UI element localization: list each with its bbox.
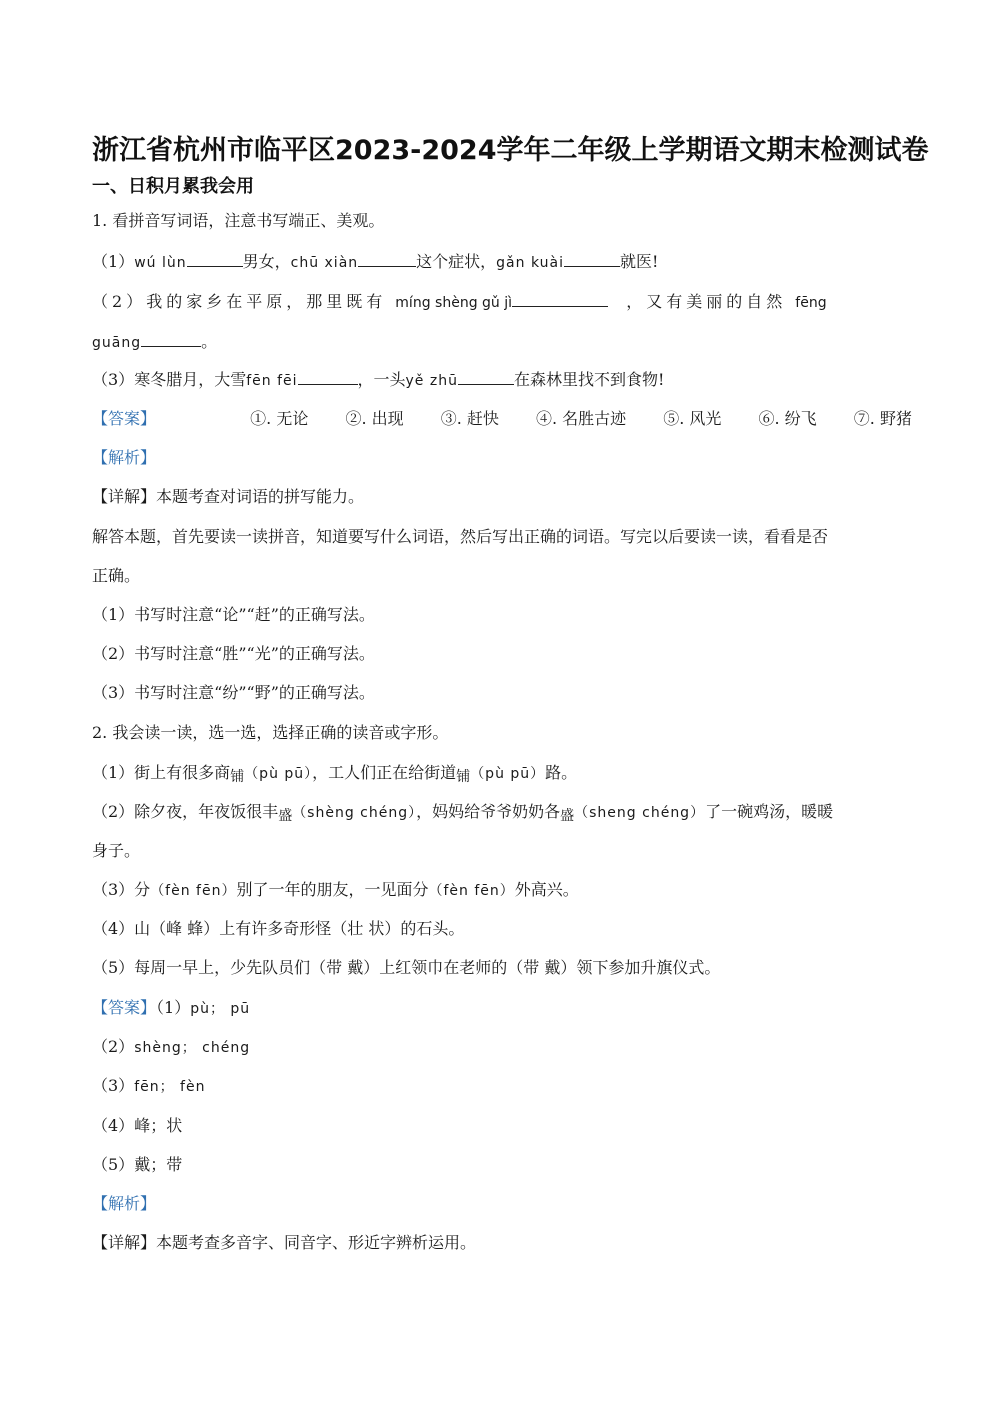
q2-answer: （3）fēn； fèn bbox=[92, 1075, 205, 1098]
answer-item: ⑥. 纷飞 bbox=[759, 408, 817, 430]
q1-explain-cont: 正确。 bbox=[92, 565, 140, 587]
q1-note: （1）书写时注意“论”“赶”的正确写法。 bbox=[92, 604, 375, 626]
answer-blank[interactable] bbox=[512, 290, 608, 307]
q2-answer: （4）峰；状 bbox=[92, 1115, 182, 1137]
answer-blank[interactable] bbox=[564, 250, 620, 267]
pinyin-choice[interactable]: （sheng chéng） bbox=[574, 805, 705, 821]
q1-part2: （2）我的家乡在平原，那里既有 míng shèng gǔ jì ，又有美丽的自… bbox=[92, 290, 827, 314]
answer-tag: 【答案】 bbox=[92, 408, 156, 430]
answer-blank[interactable] bbox=[141, 330, 201, 347]
answer-item: ⑤. 风光 bbox=[663, 408, 721, 430]
q2-part3: （3）分（fèn fēn）别了一年的朋友，一见面分（fèn fēn）外高兴。 bbox=[92, 879, 579, 902]
answer-item: ①. 无论 bbox=[250, 408, 308, 430]
answer-blank[interactable] bbox=[458, 368, 514, 385]
pinyin-choice[interactable]: （shèng chéng） bbox=[292, 805, 416, 821]
answer-item: ③. 赶快 bbox=[441, 408, 499, 430]
pinyin-choice[interactable]: （pù pū） bbox=[244, 766, 312, 782]
q2-part1: （1）街上有很多商铺（pù pū），工人们正在给街道铺（pù pū）路。 bbox=[92, 762, 577, 785]
page-title: 浙江省杭州市临平区2023-2024学年二年级上学期语文期末检测试卷 bbox=[92, 128, 929, 167]
q2-part4: （4）山（峰 蜂）上有许多奇形怪（壮 状）的石头。 bbox=[92, 918, 464, 940]
q2-detail: 【详解】本题考查多音字、同音字、形近字辨析运用。 bbox=[92, 1232, 476, 1254]
section-heading: 一、日积月累我会用 bbox=[92, 172, 254, 198]
q2-part5: （5）每周一早上，少先队员们（带 戴）上红领巾在老师的（带 戴）领下参加升旗仪式… bbox=[92, 957, 720, 979]
q2-part2: （2）除夕夜，年夜饭很丰盛（shèng chéng），妈妈给爷爷奶奶各盛（she… bbox=[92, 801, 833, 824]
analysis-tag: 【解析】 bbox=[92, 1193, 156, 1215]
q1-detail: 【详解】本题考查对词语的拼写能力。 bbox=[92, 486, 364, 508]
q2-answer: （2）shèng； chéng bbox=[92, 1036, 250, 1059]
analysis-tag: 【解析】 bbox=[92, 447, 156, 469]
answer-item: ②. 出现 bbox=[345, 408, 403, 430]
q1-part1: （1）wú lùn男女，chū xiàn这个症状，gǎn kuài就医! bbox=[92, 250, 658, 274]
answer-blank[interactable] bbox=[187, 250, 243, 267]
pinyin-choice[interactable]: （fèn fēn） bbox=[428, 883, 514, 899]
answer-blank[interactable] bbox=[358, 250, 416, 267]
q1-answer-row: 【答案】 ①. 无论 ②. 出现 ③. 赶快 ④. 名胜古迹 ⑤. 风光 ⑥. … bbox=[92, 408, 912, 430]
q1-part2-cont: guāng。 bbox=[92, 330, 217, 354]
answer-item: ⑦. 野猪 bbox=[854, 408, 912, 430]
q1-part3: （3）寒冬腊月，大雪fēn fēi，一头yě zhū在森林里找不到食物! bbox=[92, 368, 664, 392]
answer-tag: 【答案】 bbox=[92, 998, 156, 1017]
q2-part2-cont: 身子。 bbox=[92, 840, 140, 862]
answer-blank[interactable] bbox=[298, 368, 358, 385]
q1-note: （3）书写时注意“纷”“野”的正确写法。 bbox=[92, 682, 375, 704]
pinyin-choice[interactable]: （pù pū） bbox=[470, 766, 545, 782]
q2-answer: （5）戴；带 bbox=[92, 1154, 182, 1176]
q1-note: （2）书写时注意“胜”“光”的正确写法。 bbox=[92, 643, 375, 665]
pinyin-choice[interactable]: （fèn fēn） bbox=[150, 883, 236, 899]
q1-stem: 1. 看拼音写词语，注意书写端正、美观。 bbox=[92, 210, 384, 232]
q1-explain: 解答本题，首先要读一读拼音，知道要写什么词语，然后写出正确的词语。写完以后要读一… bbox=[92, 526, 828, 548]
q2-answer-row: 【答案】（1）pù； pū bbox=[92, 997, 250, 1020]
answer-item: ④. 名胜古迹 bbox=[536, 408, 626, 430]
q2-stem: 2. 我会读一读，选一选，选择正确的读音或字形。 bbox=[92, 722, 448, 744]
exam-page: 浙江省杭州市临平区2023-2024学年二年级上学期语文期末检测试卷 一、日积月… bbox=[0, 0, 1000, 1414]
